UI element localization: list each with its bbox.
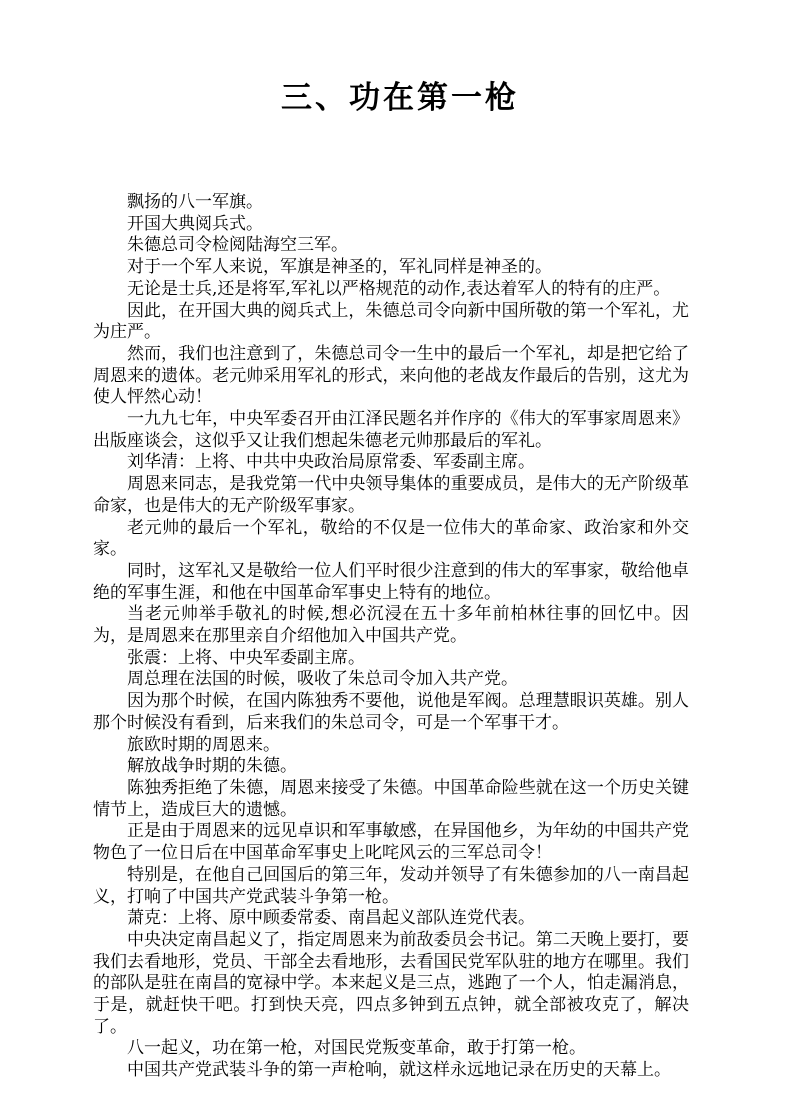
paragraph: 一九九七年，中央军委召开由江泽民题名并作序的《伟大的军事家周恩来》出版座谈会，这… (93, 409, 689, 452)
paragraph: 刘华清：上将、中共中央政治局原常委、军委副主席。 (93, 452, 689, 474)
body-text: 飘扬的八一军旗。开国大典阅兵式。朱德总司令检阅陆海空三军。对于一个军人来说，军旗… (93, 192, 689, 1082)
paragraph: 正是由于周恩来的远见卓识和军事敏感，在异国他乡，为年幼的中国共产党物色了一位日后… (93, 821, 689, 864)
paragraph: 中国共产党武装斗争的第一声枪响，就这样永远地记录在历史的天幕上。 (93, 1060, 689, 1082)
paragraph: 当老元帅举手敬礼的时候,想必沉浸在五十多年前柏林往事的回忆中。因为，是周恩来在那… (93, 604, 689, 647)
paragraph: 朱德总司令检阅陆海空三军。 (93, 235, 689, 257)
paragraph: 周总理在法国的时候，吸收了朱总司令加入共产党。 (93, 669, 689, 691)
paragraph: 中央决定南昌起义了，指定周恩来为前敌委员会书记。第二天晚上要打，要我们去看地形，… (93, 930, 689, 1039)
paragraph: 同时，这军礼又是敬给一位人们平时很少注意到的伟大的军事家，敬给他卓绝的军事生涯，… (93, 561, 689, 604)
paragraph: 因为那个时候，在国内陈独秀不要他，说他是军阀。总理慧眼识英雄。别人那个时候没有看… (93, 691, 689, 734)
paragraph: 老元帅的最后一个军礼，敬给的不仅是一位伟大的革命家、政治家和外交家。 (93, 518, 689, 561)
paragraph: 特别是，在他自己回国后的第三年，发动并领导了有朱德参加的八一南昌起义，打响了中国… (93, 865, 689, 908)
paragraph: 然而，我们也注意到了，朱德总司令一生中的最后一个军礼，却是把它给了周恩来的遗体。… (93, 344, 689, 409)
paragraph: 因此，在开国大典的阅兵式上，朱德总司令向新中国所敬的第一个军礼，尤为庄严。 (93, 301, 689, 344)
paragraph: 张震：上将、中央军委副主席。 (93, 648, 689, 670)
paragraph: 对于一个军人来说，军旗是神圣的，军礼同样是神圣的。 (93, 257, 689, 279)
paragraph: 旅欧时期的周恩来。 (93, 735, 689, 757)
paragraph: 周恩来同志，是我党第一代中央领导集体的重要成员，是伟大的无产阶级革命家，也是伟大… (93, 474, 689, 517)
paragraph: 飘扬的八一军旗。 (93, 192, 689, 214)
document-page: 三、功在第一枪 飘扬的八一军旗。开国大典阅兵式。朱德总司令检阅陆海空三军。对于一… (0, 0, 800, 1100)
paragraph: 无论是士兵,还是将军,军礼以严格规范的动作,表达着军人的特有的庄严。 (93, 279, 689, 301)
paragraph: 解放战争时期的朱德。 (93, 756, 689, 778)
paragraph: 萧克：上将、原中顾委常委、南昌起义部队连党代表。 (93, 908, 689, 930)
paragraph: 开国大典阅兵式。 (93, 214, 689, 236)
paragraph: 八一起义，功在第一枪，对国民党叛变革命，敢于打第一枪。 (93, 1038, 689, 1060)
chapter-title: 三、功在第一枪 (0, 80, 800, 116)
paragraph: 陈独秀拒绝了朱德，周恩来接受了朱德。中国革命险些就在这一个历史关键情节上，造成巨… (93, 778, 689, 821)
